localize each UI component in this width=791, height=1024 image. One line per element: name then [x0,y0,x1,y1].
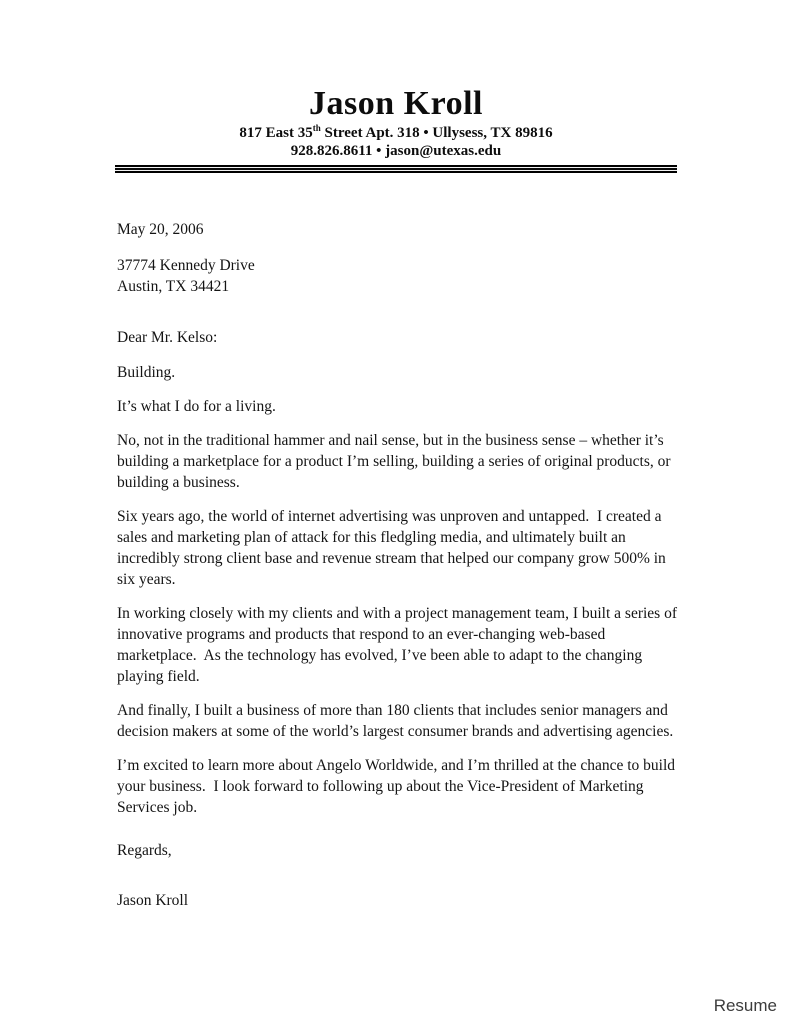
letterhead-name: Jason Kroll [115,84,677,124]
letterhead-address-ordinal: th [313,123,321,133]
cover-letter-document: Jason Kroll 817 East 35th Street Apt. 31… [0,0,791,1024]
body-paragraph: In working closely with my clients and w… [117,603,677,687]
recipient-address-line: 37774 Kennedy Drive [117,255,677,276]
recipient-address-line: Austin, TX 34421 [117,276,677,297]
letterhead-address-suffix: Street Apt. 318 • Ullysess, TX 89816 [321,125,553,141]
recipient-address: 37774 Kennedy Drive Austin, TX 34421 [117,255,677,297]
body-paragraph: Six years ago, the world of internet adv… [117,506,677,590]
letter-body: May 20, 2006 37774 Kennedy Drive Austin,… [117,219,677,911]
resume-link[interactable]: Resume [714,996,777,1016]
body-paragraph: Building. [117,362,677,383]
signature-name: Jason Kroll [117,890,677,911]
salutation: Dear Mr. Kelso: [117,327,677,348]
body-paragraph: And finally, I built a business of more … [117,700,677,742]
letterhead-contact: 928.826.8611 • jason@utexas.edu [115,142,677,160]
letterhead: Jason Kroll 817 East 35th Street Apt. 31… [115,84,677,173]
letterhead-address-prefix: 817 East 35 [239,125,312,141]
body-paragraph: No, not in the traditional hammer and na… [117,430,677,493]
body-paragraph: It’s what I do for a living. [117,396,677,417]
body-paragraph: I’m excited to learn more about Angelo W… [117,755,677,818]
closing: Regards, [117,840,677,861]
letter-date: May 20, 2006 [117,219,677,240]
letterhead-divider [115,165,677,173]
letterhead-address: 817 East 35th Street Apt. 318 • Ullysess… [115,124,677,142]
